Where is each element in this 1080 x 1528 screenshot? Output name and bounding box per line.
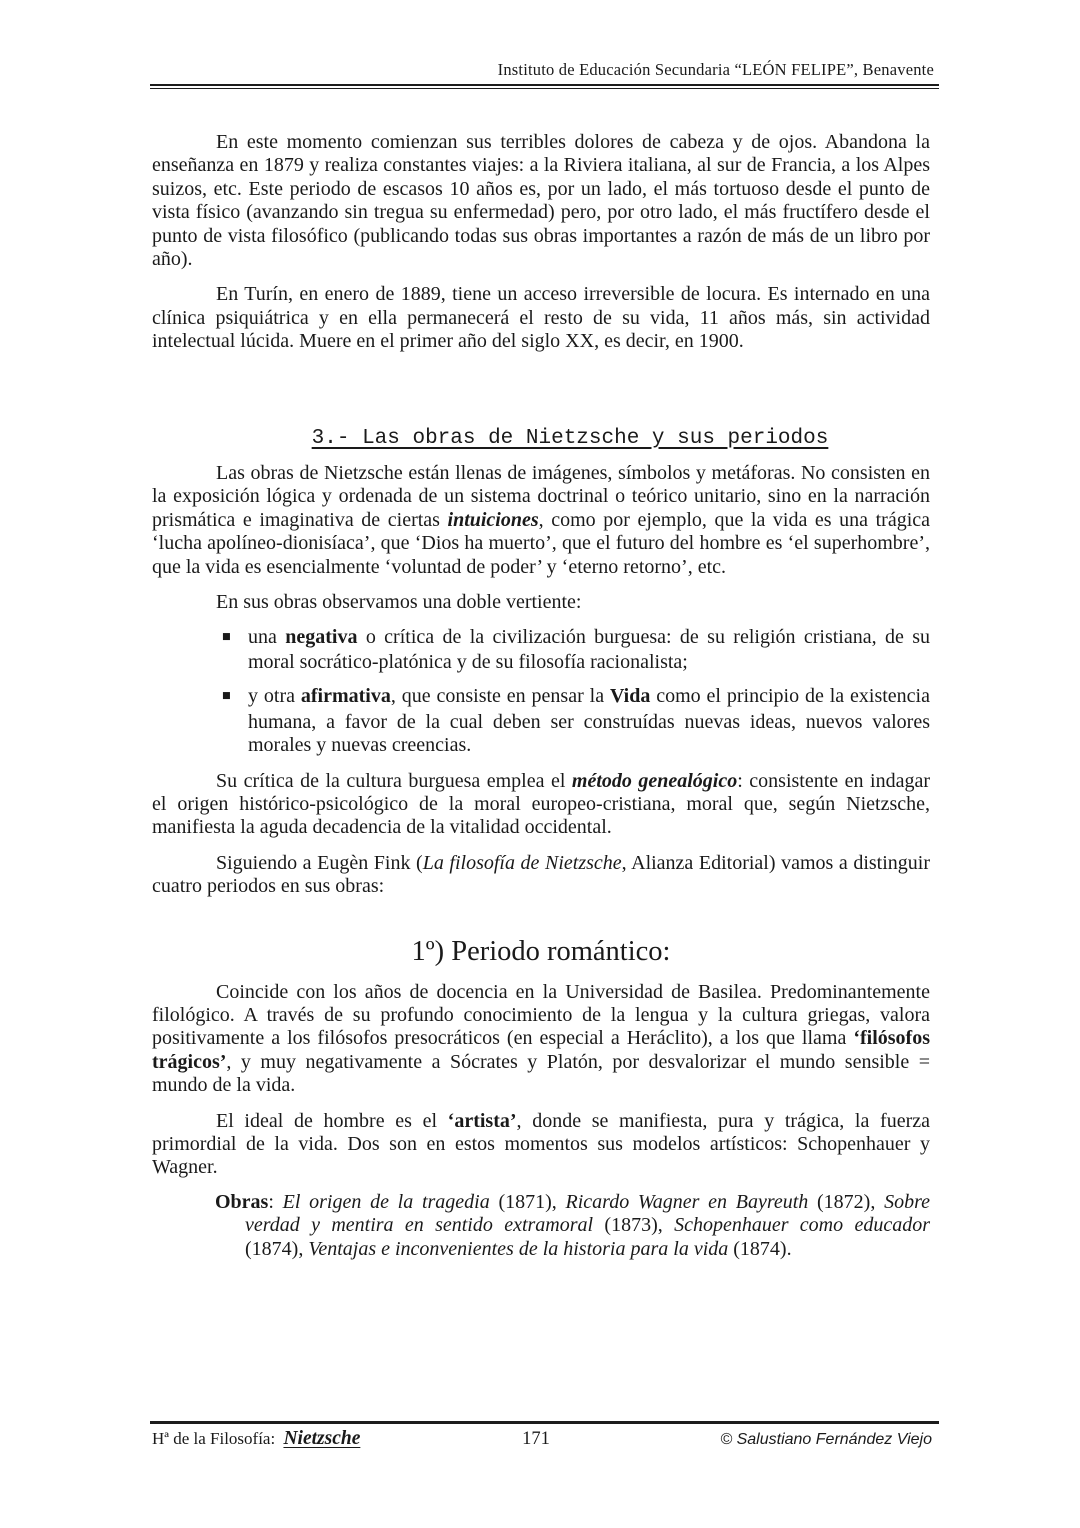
page-header-institution: Instituto de Educación Secundaria “LEÓN … (150, 60, 934, 80)
footer-divider (150, 1421, 939, 1424)
footer-copyright: © Salustiano Fernández Viejo (556, 1431, 932, 1449)
text-run: Siguiendo a Eugèn Fink ( (216, 852, 423, 874)
paragraph-works-character: Las obras de Nietzsche están llenas de i… (152, 462, 930, 579)
text-run: El ideal de hombre es el (216, 1110, 448, 1132)
paragraph-metodo-genealogico: Su crítica de la cultura burguesa emplea… (152, 770, 930, 840)
paragraph-double-vertiente: En sus obras observamos una doble vertie… (152, 591, 930, 614)
text-run: La filosofía de Nietzsche (423, 852, 622, 874)
text-run: (1871), (490, 1191, 566, 1213)
text-run: y otra (248, 685, 301, 707)
paragraph-artista: El ideal de hombre es el ‘artista’, dond… (152, 1110, 930, 1180)
text-run: , y muy negativamente a Sócrates y Plató… (152, 1051, 930, 1096)
paragraph-eugen-fink: Siguiendo a Eugèn Fink (La filosofía de … (152, 852, 930, 899)
text-run: En este momento comienzan sus terribles … (152, 131, 930, 270)
period-heading-romantico: 1º) Periodo romántico: (152, 935, 930, 969)
text-run: afirmativa (301, 685, 391, 707)
text-run: intuiciones (448, 509, 539, 531)
text-run: 3.- Las obras de Nietzsche y sus periodo… (312, 427, 829, 450)
text-run: En Turín, en enero de 1889, tiene un acc… (152, 283, 930, 352)
text-run: Schopenhauer como educador (674, 1214, 930, 1236)
text-run: (1874). (728, 1238, 791, 1260)
footer-course: Hª de la Filosofía: Nietzsche (152, 1428, 528, 1450)
text-run: (1874), (245, 1238, 308, 1260)
bullet-afirmativa: ■y otra afirmativa, que consiste en pens… (248, 685, 930, 757)
text-run: Ventajas e inconvenientes de la historia… (308, 1238, 728, 1260)
bullet-text: una negativa o crítica de la civilizació… (248, 626, 930, 673)
document-body: En este momento comienzan sus terribles … (152, 131, 930, 1261)
paragraph-basilea: Coincide con los años de docencia en la … (152, 981, 930, 1098)
works-list: Obras: El origen de la tragedia (1871), … (245, 1191, 930, 1261)
text-run: (1872), (808, 1191, 884, 1213)
text-run: ‘artista’ (448, 1110, 517, 1132)
text-run: negativa (285, 626, 357, 648)
paragraph-illness-travels: En este momento comienzan sus terribles … (152, 131, 930, 271)
footer-course-label: Hª de la Filosofía: (152, 1429, 275, 1448)
text-run: En sus obras observamos una doble vertie… (216, 591, 581, 613)
page-footer: Hª de la Filosofía: Nietzsche 171 © Salu… (152, 1428, 932, 1450)
document-page: Instituto de Educación Secundaria “LEÓN … (0, 0, 1080, 1528)
paragraph-turin-madness: En Turín, en enero de 1889, tiene un acc… (152, 283, 930, 353)
text-run: Obras (215, 1191, 268, 1213)
text-run: una (248, 626, 285, 648)
text-run: (1873), (593, 1214, 674, 1236)
page-number: 171 (522, 1429, 550, 1450)
text-run: Su crítica de la cultura burguesa emplea… (216, 770, 572, 792)
text-run: Ricardo Wagner en Bayreuth (566, 1191, 809, 1213)
text-run: : (268, 1191, 282, 1213)
text-run: método genealógico (572, 770, 737, 792)
bullet-negativa: ■una negativa o crítica de la civilizaci… (248, 626, 930, 675)
text-run: Coincide con los años de docencia en la … (152, 981, 930, 1050)
bullet-square-icon: ■ (222, 626, 248, 649)
header-divider (150, 84, 939, 89)
bullet-square-icon: ■ (222, 685, 248, 708)
text-run: Vida (610, 685, 650, 707)
text-run: , que consiste en pensar la (391, 685, 610, 707)
bullet-text: y otra afirmativa, que consiste en pensa… (248, 685, 930, 756)
footer-course-topic: Nietzsche (283, 1428, 360, 1449)
text-run: 1º) Periodo romántico: (412, 936, 671, 967)
text-run: El origen de la tragedia (283, 1191, 490, 1213)
section-heading-obras-periodos: 3.- Las obras de Nietzsche y sus periodo… (152, 427, 930, 450)
